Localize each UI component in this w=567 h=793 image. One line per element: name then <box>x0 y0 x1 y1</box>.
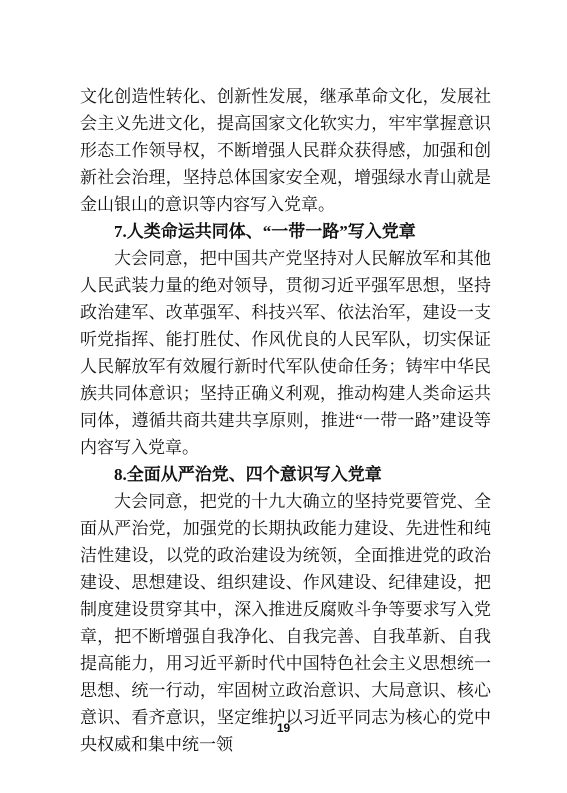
page-text-block: 文化创造性转化、创新性发展，继承革命文化，发展社会主义先进文化，提高国家文化软实… <box>80 83 491 758</box>
section-7-paragraph: 大会同意，把中国共产党坚持对人民解放军和其他人民武装力量的绝对领导，贯彻习近平强… <box>80 245 491 461</box>
paragraph-continuation: 文化创造性转化、创新性发展，继承革命文化，发展社会主义先进文化，提高国家文化软实… <box>80 83 491 218</box>
document-page: 文化创造性转化、创新性发展，继承革命文化，发展社会主义先进文化，提高国家文化软实… <box>0 0 567 793</box>
page-number: 19 <box>0 721 567 735</box>
section-heading-8: 8.全面从严治党、四个意识写入党章 <box>80 461 491 488</box>
section-heading-7: 7.人类命运共同体、“一带一路”写入党章 <box>80 218 491 245</box>
section-8-paragraph: 大会同意，把党的十九大确立的坚持党要管党、全面从严治党，加强党的长期执政能力建设… <box>80 488 491 758</box>
